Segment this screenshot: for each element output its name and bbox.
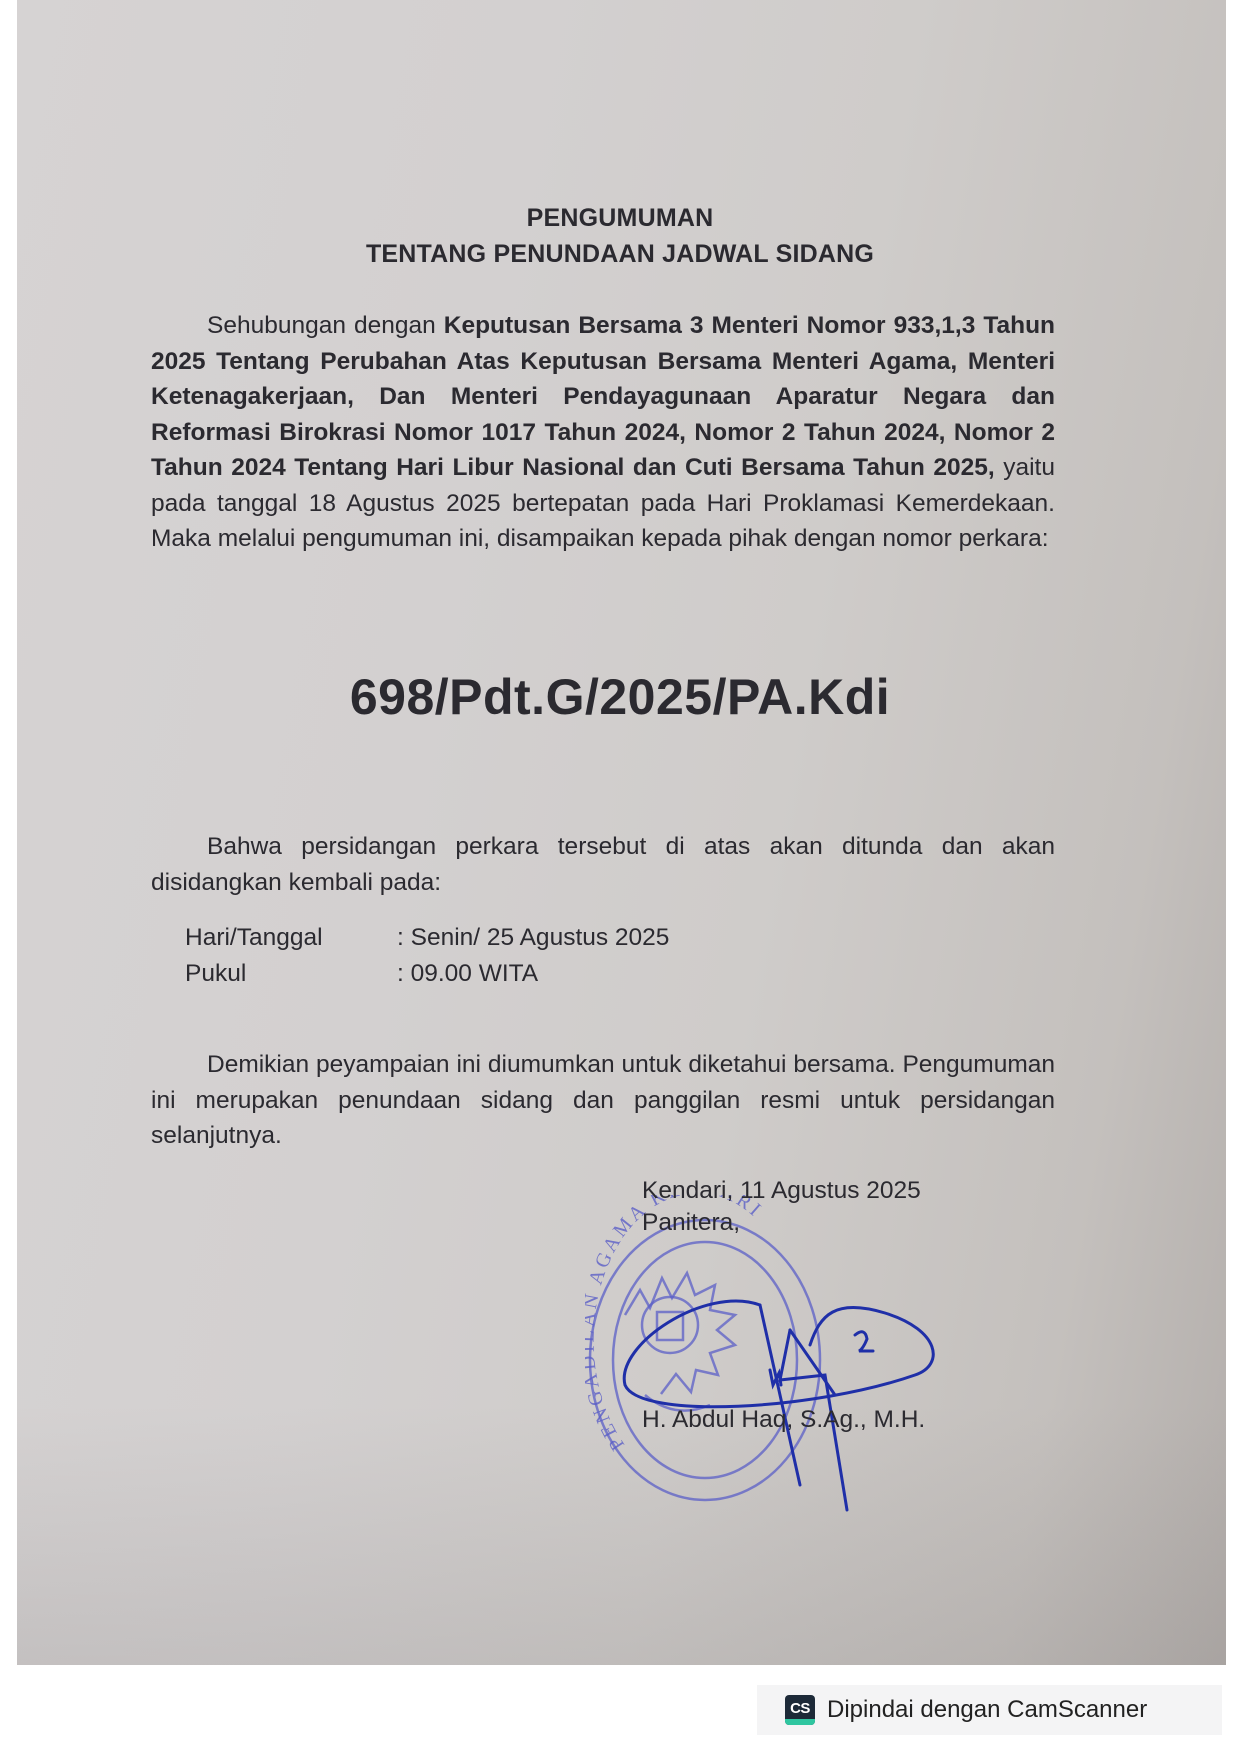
schedule-label: Pukul <box>185 956 397 992</box>
signatory-name: H. Abdul Haq, S.Ag., M.H. <box>642 1404 925 1436</box>
schedule-label: Hari/Tanggal <box>185 920 397 956</box>
paragraph-postponement-text: Bahwa persidangan perkara tersebut di at… <box>151 833 1055 896</box>
watermark-text: Dipindai dengan CamScanner <box>827 1696 1147 1724</box>
camscanner-watermark: CS Dipindai dengan CamScanner <box>757 1685 1222 1735</box>
schedule-row-date: Hari/Tanggal : Senin/ 25 Agustus 2025 <box>185 920 669 956</box>
camscanner-logo-icon: CS <box>785 1695 815 1725</box>
document-subtitle: TENTANG PENUNDAAN JADWAL SIDANG <box>0 240 1240 269</box>
schedule-value: : Senin/ 25 Agustus 2025 <box>397 920 669 956</box>
paragraph-intro-lead: Sehubungan dengan <box>207 312 444 339</box>
document-title: PENGUMUMAN <box>0 204 1240 233</box>
schedule-row-time: Pukul : 09.00 WITA <box>185 956 669 992</box>
signature-role: Panitera, <box>642 1207 740 1239</box>
schedule-table: Hari/Tanggal : Senin/ 25 Agustus 2025 Pu… <box>185 920 669 992</box>
paragraph-intro: Sehubungan dengan Keputusan Bersama 3 Me… <box>151 308 1055 557</box>
paragraph-postponement: Bahwa persidangan perkara tersebut di at… <box>151 829 1055 900</box>
signature-place-date: Kendari, 11 Agustus 2025 <box>642 1175 921 1207</box>
schedule-value: : 09.00 WITA <box>397 956 538 992</box>
paragraph-closing-text: Demikian peyampaian ini diumumkan untuk … <box>151 1051 1055 1149</box>
case-number: 698/Pdt.G/2025/PA.Kdi <box>0 668 1240 726</box>
paragraph-closing: Demikian peyampaian ini diumumkan untuk … <box>151 1047 1055 1154</box>
court-stamp-and-signature: PENGADILAN AGAMA KENDARI <box>585 1195 1005 1535</box>
